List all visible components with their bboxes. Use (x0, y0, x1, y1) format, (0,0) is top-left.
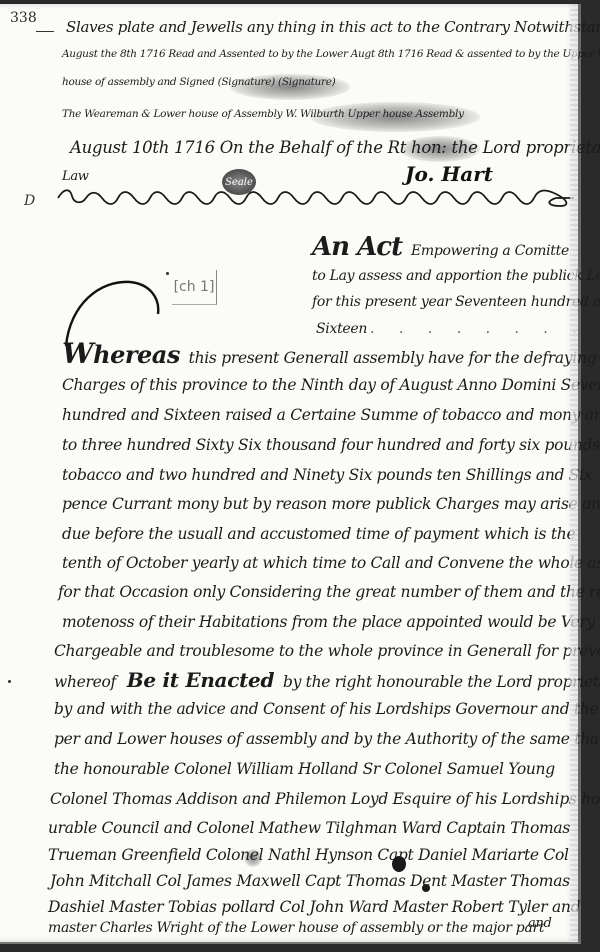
law-word: Law (62, 169, 89, 184)
body-line-1-text: this present Generall assembly have for … (189, 349, 600, 367)
body-line-11: Chargeable and troublesome to the whole … (54, 642, 600, 660)
signature: Jo. Hart (405, 162, 493, 186)
page-number: 338 (10, 10, 37, 26)
body-line-1: Whereas this present Generall assembly h… (62, 337, 600, 370)
body-line-10: motenoss of their Habitations from the p… (62, 613, 595, 631)
ink-smudge (310, 102, 480, 132)
drop-cap: W (62, 337, 93, 370)
act-title-line-2: to Lay assess and apportion the publick … (312, 268, 600, 284)
margin-mark: D (24, 193, 35, 209)
body-line-19: John Mitchall Col James Maxwell Capt Tho… (50, 872, 570, 890)
manuscript-page: 338 Slaves plate and Jewells any thing i… (0, 4, 581, 944)
whereof-word: whereof (54, 673, 116, 691)
act-title-line-3: for this present year Seventeen hundred … (312, 294, 600, 310)
ink-dot (8, 680, 11, 683)
chapter-annotation: [ch 1] (172, 270, 217, 305)
assent-line: August 10th 1716 On the Behalf of the Rt… (70, 138, 600, 157)
body-line-17: urable Council and Colonel Mathew Tilghm… (48, 819, 570, 837)
catchword: and (528, 916, 552, 931)
enacting-clause: Be it Enacted (127, 668, 274, 692)
wavy-separator-line (56, 184, 576, 212)
body-line-20: Dashiel Master Tobias pollard Col John W… (48, 898, 580, 916)
body-line-14: per and Lower houses of assembly and by … (54, 730, 600, 748)
preamble-line-2: August the 8th 1716 Read and Assented to… (62, 48, 600, 60)
body-line-21: master Charles Wright of the Lower house… (48, 920, 544, 936)
body-line-3: hundred and Sixteen raised a Certaine Su… (62, 406, 600, 424)
ink-smudge (244, 849, 262, 867)
enacting-rest: by the right honourable the Lord proprie… (283, 673, 600, 691)
body-line-15: the honourable Colonel William Holland S… (54, 760, 555, 778)
body-line-7: due before the usuall and accustomed tim… (62, 525, 575, 543)
body-line-18: Trueman Greenfield Colonel Nathl Hynson … (48, 846, 569, 864)
act-title-lead: An Act (312, 232, 402, 262)
body-line-2: Charges of this province to the Ninth da… (62, 376, 600, 394)
body-line-9: for that Occasion only Considering the g… (58, 583, 600, 601)
body-line-4: to three hundred Sixty Six thousand four… (62, 436, 600, 454)
act-title-row: An Act Empowering a Comitte (312, 232, 569, 262)
page-number-rule (36, 31, 54, 32)
body-line-5: tobacco and two hundred and Ninety Six p… (62, 466, 592, 484)
act-title-line-4: Sixteen (316, 321, 367, 337)
ink-blot (392, 856, 406, 872)
ink-blot (422, 884, 430, 892)
body-line-12: whereof Be it Enacted by the right honou… (54, 668, 600, 692)
ink-smudge (230, 74, 350, 100)
body-line-13: by and with the advice and Consent of hi… (54, 700, 600, 718)
body-line-6: pence Currant mony but by reason more pu… (62, 495, 600, 513)
preamble-line-1: Slaves plate and Jewells any thing in th… (66, 18, 600, 36)
whereas-rest: hereas (93, 340, 180, 369)
act-title-line-1: Empowering a Comitte (411, 243, 569, 259)
body-line-8: tenth of October yearly at which time to… (62, 554, 600, 572)
body-line-16: Colonel Thomas Addison and Philemon Loyd… (50, 790, 600, 808)
dotted-filler: . . . . . . . . . (370, 321, 600, 337)
